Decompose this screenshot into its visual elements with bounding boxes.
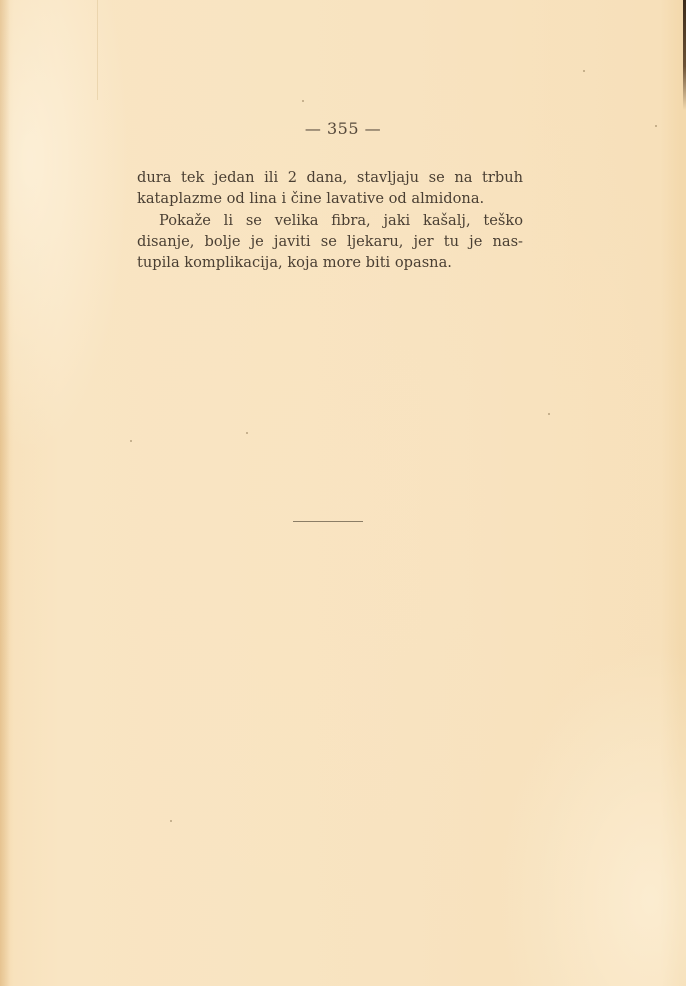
paper-speck — [583, 70, 585, 72]
body-text: dura tek jedan ili 2 dana, stavljaju se … — [137, 167, 523, 273]
text-line: kataplazme od lina i čine lavative od al… — [137, 188, 523, 209]
left-page-crease — [0, 0, 10, 986]
text-line: dura tek jedan ili 2 dana, stavljaju se … — [137, 167, 523, 188]
page-number: — 355 — — [0, 119, 686, 138]
paper-speck — [130, 440, 132, 442]
paper-speck — [302, 100, 304, 102]
paper-speck — [170, 820, 172, 822]
scanned-page: — 355 — dura tek jedan ili 2 dana, stavl… — [0, 0, 686, 986]
paper-speck — [246, 432, 248, 434]
text-line: tupila komplikacija, koja more biti opas… — [137, 252, 523, 273]
text-line: disanje, bolje je javiti se ljekaru, jer… — [137, 231, 523, 252]
paragraph-1: dura tek jedan ili 2 dana, stavljaju se … — [137, 167, 523, 210]
paper-speck — [548, 413, 550, 415]
text-line: Pokaže li se velika fibra, jaki kašalj, … — [137, 210, 523, 231]
paper-fold-mark — [97, 0, 98, 100]
paragraph-2: Pokaže li se velika fibra, jaki kašalj, … — [137, 210, 523, 274]
section-end-rule — [293, 521, 363, 522]
paper-speck — [655, 125, 657, 127]
